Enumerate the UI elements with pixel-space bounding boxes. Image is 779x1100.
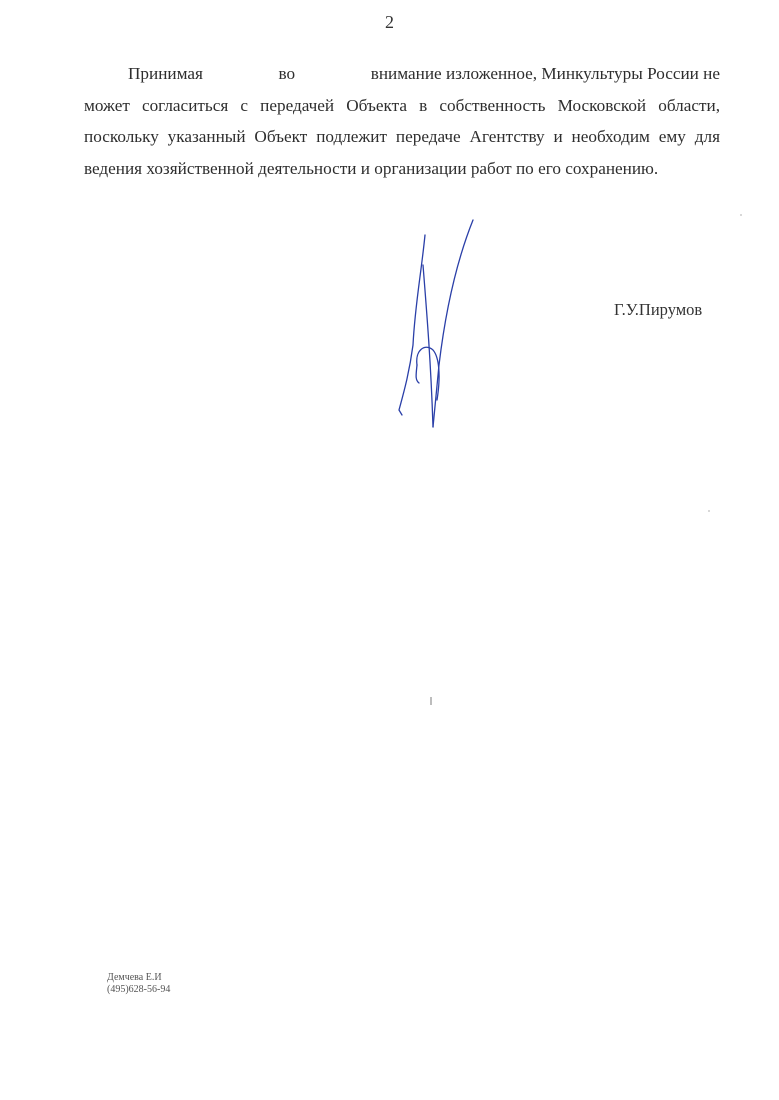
- scan-speck: [740, 214, 742, 216]
- scan-speck: [708, 510, 710, 512]
- word-2: во: [279, 58, 296, 90]
- executor-name: Демчева Е.И: [107, 972, 170, 984]
- executor-phone: (495)628-56-94: [107, 984, 170, 996]
- executor-info: Демчева Е.И (495)628-56-94: [107, 972, 170, 996]
- paragraph-first-line: Принимая во внимание изложенное, Минкуль…: [84, 58, 720, 90]
- page-number: 2: [0, 12, 779, 33]
- word-1: Принимая: [84, 58, 203, 90]
- body-paragraph: Принимая во внимание изложенное, Минкуль…: [84, 58, 720, 184]
- signature-image: [385, 215, 485, 435]
- paragraph-rest: может согласиться с передачей Объекта в …: [84, 90, 720, 185]
- scan-artifact: [430, 697, 432, 705]
- signer-name: Г.У.Пирумов: [614, 300, 702, 320]
- word-3: внимание изложенное, Минкультуры России …: [371, 58, 720, 90]
